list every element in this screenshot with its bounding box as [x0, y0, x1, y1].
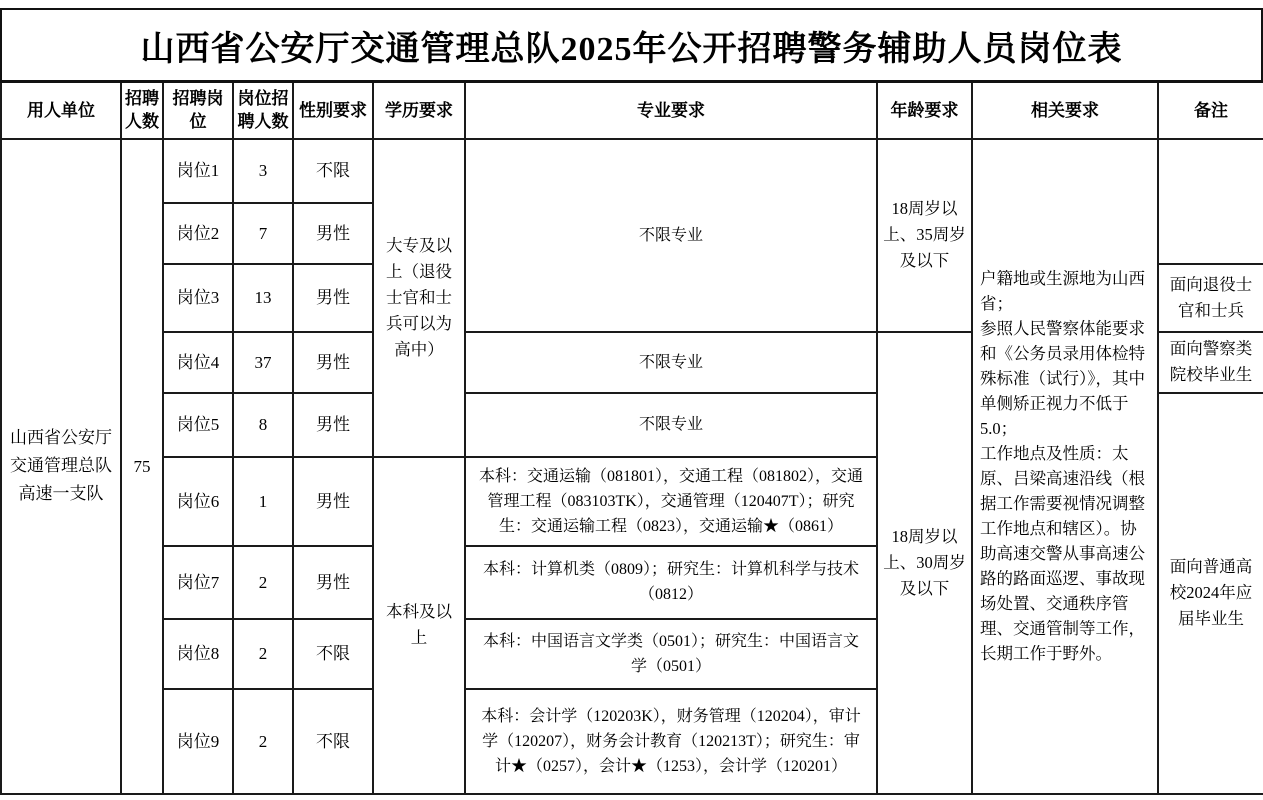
- header-education: 学历要求: [373, 82, 465, 139]
- position-count-cell: 2: [233, 689, 293, 794]
- position-count-cell: 2: [233, 546, 293, 619]
- education-group-2-cell: 本科及以上: [373, 457, 465, 794]
- related-requirement-paragraph-1: 户籍地或生源地为山西省；: [980, 266, 1150, 316]
- page-title-block: 山西省公安厅交通管理总队2025年公开招聘警务辅助人员岗位表: [0, 8, 1263, 80]
- major-cell: 本科：中国语言文学类（0501）；研究生：中国语言文学（0501）: [465, 619, 877, 689]
- job-positions-table: 用人单位 招聘人数 招聘岗位 岗位招聘人数 性别要求 学历要求 专业要求 年龄要…: [0, 80, 1263, 795]
- position-name-cell: 岗位8: [163, 619, 233, 689]
- header-major: 专业要求: [465, 82, 877, 139]
- position-name-cell: 岗位6: [163, 457, 233, 546]
- total-count-cell: 75: [121, 139, 163, 794]
- remark-cell-row-4: 面向警察类院校毕业生: [1158, 332, 1263, 393]
- position-name-cell: 岗位2: [163, 203, 233, 264]
- gender-cell: 男性: [293, 546, 373, 619]
- education-group-1-cell: 大专及以上（退役士官和士兵可以为高中）: [373, 139, 465, 457]
- header-total-count: 招聘人数: [121, 82, 163, 139]
- position-count-cell: 13: [233, 264, 293, 332]
- position-count-cell: 8: [233, 393, 293, 457]
- page-title: 山西省公安厅交通管理总队2025年公开招聘警务辅助人员岗位表: [141, 21, 1123, 70]
- related-requirements-cell: 户籍地或生源地为山西省； 参照人民警察体能要求和《公务员录用体检特殊标准（试行）…: [972, 139, 1158, 794]
- major-cell: 本科：计算机类（0809）；研究生：计算机科学与技术（0812）: [465, 546, 877, 619]
- position-count-cell: 2: [233, 619, 293, 689]
- recruitment-table-sheet: 山西省公安厅交通管理总队2025年公开招聘警务辅助人员岗位表 用人单位 招聘人数…: [0, 0, 1263, 800]
- employer-cell: 山西省公安厅交通管理总队高速一支队: [1, 139, 121, 794]
- major-cell: 本科：会计学（120203K），财务管理（120204），审计学（120207）…: [465, 689, 877, 794]
- header-gender: 性别要求: [293, 82, 373, 139]
- position-name-cell: 岗位1: [163, 139, 233, 203]
- major-cell-positions-1-3: 不限专业: [465, 139, 877, 332]
- position-count-cell: 1: [233, 457, 293, 546]
- table-row-position-1: 山西省公安厅交通管理总队高速一支队 75 岗位1 3 不限 大专及以上（退役士官…: [1, 139, 1263, 203]
- header-remark: 备注: [1158, 82, 1263, 139]
- header-related: 相关要求: [972, 82, 1158, 139]
- gender-cell: 男性: [293, 332, 373, 393]
- major-cell: 不限专业: [465, 332, 877, 393]
- age-group-2-cell: 18周岁以上、30周岁及以下: [877, 332, 972, 794]
- age-group-1-cell: 18周岁以上、35周岁及以下: [877, 139, 972, 332]
- gender-cell: 男性: [293, 264, 373, 332]
- header-employer: 用人单位: [1, 82, 121, 139]
- major-cell: 不限专业: [465, 393, 877, 457]
- header-position: 招聘岗位: [163, 82, 233, 139]
- related-requirement-paragraph-3: 工作地点及性质：太原、吕梁高速沿线（根据工作需要视情况调整工作地点和辖区）。协助…: [980, 441, 1150, 666]
- gender-cell: 男性: [293, 203, 373, 264]
- gender-cell: 男性: [293, 393, 373, 457]
- position-count-cell: 3: [233, 139, 293, 203]
- remark-cell-row-3: 面向退役士官和士兵: [1158, 264, 1263, 332]
- position-name-cell: 岗位5: [163, 393, 233, 457]
- gender-cell: 不限: [293, 139, 373, 203]
- position-name-cell: 岗位4: [163, 332, 233, 393]
- position-name-cell: 岗位9: [163, 689, 233, 794]
- gender-cell: 不限: [293, 619, 373, 689]
- remark-cell-rows-5-9: 面向普通高校2024年应届毕业生: [1158, 393, 1263, 794]
- position-name-cell: 岗位7: [163, 546, 233, 619]
- position-count-cell: 37: [233, 332, 293, 393]
- header-age: 年龄要求: [877, 82, 972, 139]
- header-position-count: 岗位招聘人数: [233, 82, 293, 139]
- gender-cell: 男性: [293, 457, 373, 546]
- position-name-cell: 岗位3: [163, 264, 233, 332]
- table-header-row: 用人单位 招聘人数 招聘岗位 岗位招聘人数 性别要求 学历要求 专业要求 年龄要…: [1, 82, 1263, 139]
- related-requirement-paragraph-2: 参照人民警察体能要求和《公务员录用体检特殊标准（试行）》，其中单侧矫正视力不低于…: [980, 316, 1150, 441]
- major-cell: 本科：交通运输（081801），交通工程（081802），交通管理工程（0831…: [465, 457, 877, 546]
- position-count-cell: 7: [233, 203, 293, 264]
- gender-cell: 不限: [293, 689, 373, 794]
- remark-cell-rows-1-2: [1158, 139, 1263, 264]
